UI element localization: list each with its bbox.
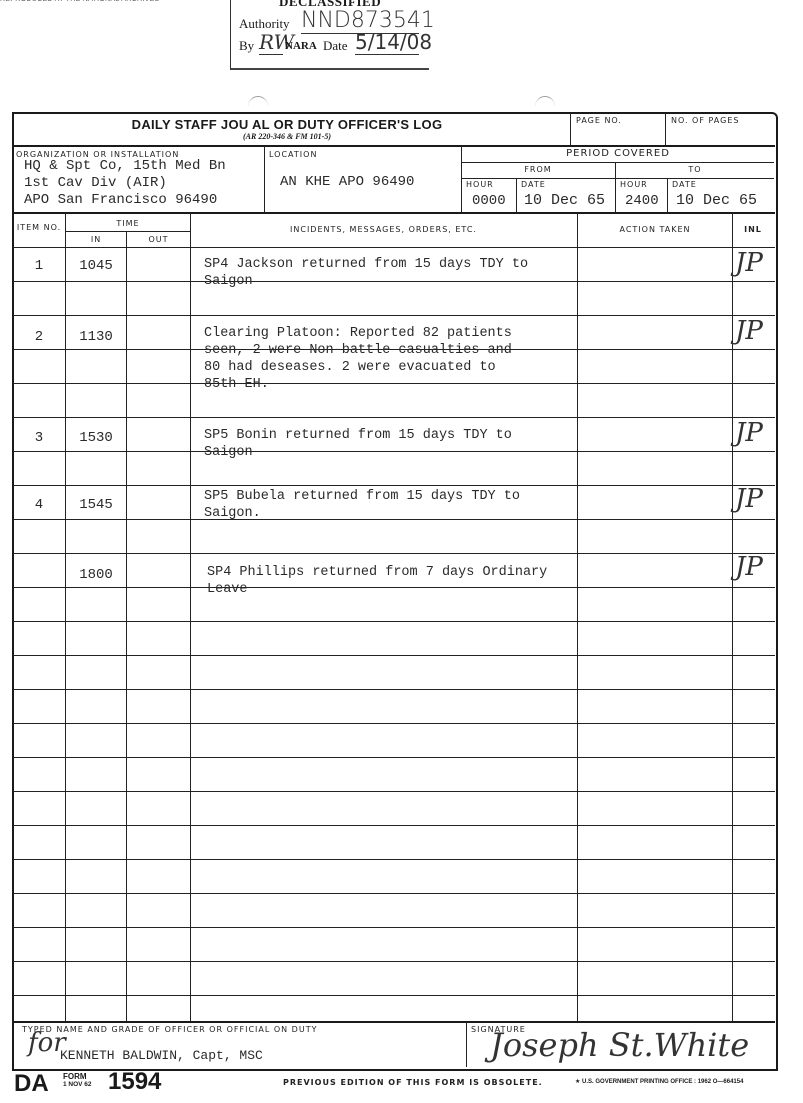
form-date: 1 NOV 62 (63, 1081, 92, 1089)
organization-line-1: HQ & Spt Co, 15th Med Bn (24, 158, 226, 175)
item-no-cell: 2 (14, 329, 64, 345)
form-subtitle: (AR 220-346 & FM 101-5) (12, 132, 562, 141)
form-prefix: DA (14, 1070, 49, 1098)
form-number: 1594 (108, 1068, 161, 1096)
location-label: LOCATION (269, 150, 317, 159)
incident-text: SP4 Phillips returned from 7 days Ordina… (207, 564, 547, 598)
time-in-cell: 1045 (66, 258, 126, 274)
declassified-stamp: DECLASSIFIED Authority NND873541 By RW N… (230, 0, 429, 70)
officer-label: TYPED NAME AND GRADE OF OFFICER OR OFFIC… (22, 1025, 317, 1034)
initials-signature: JP (735, 248, 763, 278)
form-edition: FORM 1 NOV 62 (63, 1073, 92, 1089)
item-no-header: ITEM NO. (14, 222, 64, 233)
no-of-pages-field[interactable] (671, 128, 769, 142)
time-in-cell: 1545 (66, 497, 126, 513)
incident-text: SP4 Jackson returned from 15 days TDY to… (204, 256, 528, 290)
from-hour-label: HOUR (466, 180, 494, 189)
time-in-cell: 1800 (66, 567, 126, 583)
incident-line: SP5 Bonin returned from 15 days TDY to (204, 427, 512, 444)
time-out-header: OUT (127, 235, 190, 244)
period-covered-label: PERIOD COVERED (462, 148, 774, 159)
incident-line: SP5 Bubela returned from 15 days TDY to (204, 488, 520, 505)
incident-line: Clearing Platoon: Reported 82 patients (204, 325, 512, 342)
from-date-field[interactable]: 10 Dec 65 (524, 192, 605, 209)
by-initials: RW (259, 30, 283, 55)
form-title: DAILY STAFF JOU AL OR DUTY OFFICER'S LOG (12, 117, 562, 132)
incident-text: SP5 Bonin returned from 15 days TDY to S… (204, 427, 512, 461)
organization-line-3: APO San Francisco 96490 (24, 192, 226, 209)
to-hour-label: HOUR (620, 180, 648, 189)
incident-line: SP4 Jackson returned from 15 days TDY to (204, 256, 528, 273)
incident-line: Saigon. (204, 505, 520, 522)
item-no-cell: 1 (14, 258, 64, 274)
organization-line-2: 1st Cav Div (AIR) (24, 175, 226, 192)
incident-line: seen, 2 were Non-battle casualties and (204, 342, 512, 359)
to-date-field[interactable]: 10 Dec 65 (676, 192, 757, 209)
from-date-label: DATE (521, 180, 546, 189)
incident-text: Clearing Platoon: Reported 82 patients s… (204, 325, 512, 393)
incident-line: Leave (207, 581, 547, 598)
signature-field[interactable]: Joseph St.White (490, 1026, 749, 1064)
initials-signature: JP (735, 316, 763, 346)
nara-label: NARA (285, 40, 317, 52)
by-label: By (239, 38, 254, 54)
printing-office-note: ★ U.S. GOVERNMENT PRINTING OFFICE : 1962… (575, 1078, 743, 1085)
to-label: TO (616, 165, 774, 174)
incident-line: 80 had deseases. 2 were evacuated to (204, 359, 512, 376)
from-label: FROM (462, 165, 614, 174)
incident-line: Saigon (204, 273, 528, 290)
incidents-header: INCIDENTS, MESSAGES, ORDERS, ETC. (191, 225, 576, 234)
item-no-cell: 3 (14, 430, 64, 446)
previous-edition-note: PREVIOUS EDITION OF THIS FORM IS OBSOLET… (283, 1078, 543, 1087)
archive-header: REPRODUCED AT THE NATIONAL ARCHIVES (0, 0, 159, 3)
incident-line: Saigon (204, 444, 512, 461)
time-header: TIME (66, 219, 190, 228)
time-in-cell: 1530 (66, 430, 126, 446)
incident-line: SP4 Phillips returned from 7 days Ordina… (207, 564, 547, 581)
no-of-pages-label: NO. OF PAGES (671, 116, 739, 125)
declass-date: 5/14/08 (355, 30, 419, 55)
time-in-header: IN (66, 235, 126, 244)
to-hour-field[interactable]: 2400 (625, 193, 659, 209)
form-word: FORM (63, 1073, 92, 1081)
initials-signature: JP (735, 484, 763, 514)
organization-field[interactable]: HQ & Spt Co, 15th Med Bn 1st Cav Div (AI… (24, 158, 226, 209)
page-no-field[interactable] (576, 128, 662, 142)
to-date-label: DATE (672, 180, 697, 189)
location-field[interactable]: AN KHE APO 96490 (280, 174, 414, 190)
from-hour-field[interactable]: 0000 (472, 193, 506, 209)
initials-signature: JP (735, 552, 763, 582)
incident-line: 85th EH. (204, 376, 512, 393)
inl-header: INL (733, 225, 773, 234)
date-label: Date (323, 38, 348, 54)
time-in-cell: 1130 (66, 329, 126, 345)
initials-signature: JP (735, 418, 763, 448)
action-taken-header: ACTION TAKEN (578, 225, 732, 234)
incident-text: SP5 Bubela returned from 15 days TDY to … (204, 488, 520, 522)
officer-name-field[interactable]: KENNETH BALDWIN, Capt, MSC (60, 1048, 263, 1063)
item-no-cell: 4 (14, 497, 64, 513)
page-no-label: PAGE NO. (576, 116, 622, 125)
